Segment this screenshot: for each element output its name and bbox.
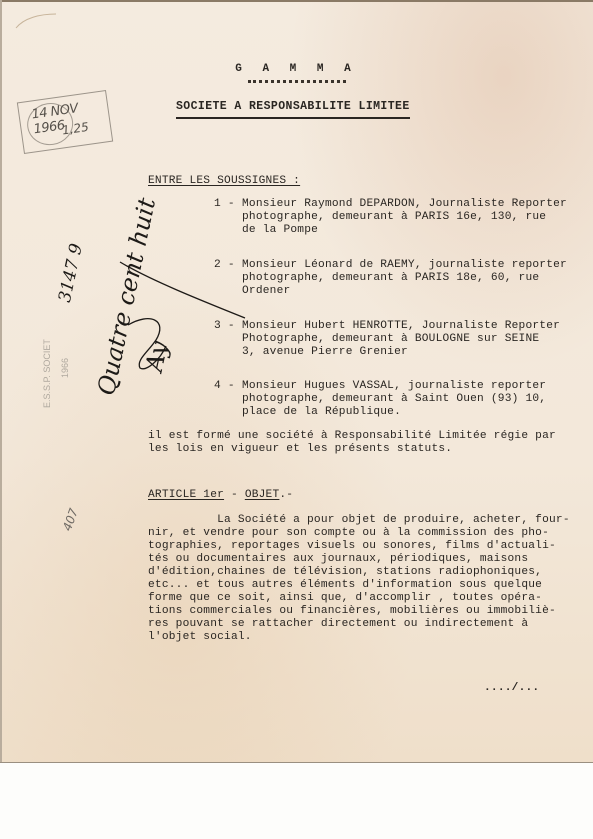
party-1-number: 1 - [214,198,235,211]
article-1-line-5: d'édition,chaines de télévision, station… [148,566,542,579]
article-1-line-9: res pouvant se rattacher directement ou … [148,618,528,631]
continuation-marker: ..../... [484,682,539,695]
handwritten-initials: Ay [140,339,174,374]
company-name: G A M M A [0,63,593,75]
article-1-title: OBJET [245,489,280,501]
party-1-line-1: Monsieur Raymond DEPARDON, Journaliste R… [242,198,567,211]
faded-stamp-text: E.S.S.P. SOCIET [42,339,52,408]
stamp-amount: 1,25 [61,120,89,138]
article-1-line-1: La Société a pour objet de produire, ach… [148,514,570,527]
article-1-line-2: nir, et vendre pour son compte ou à la c… [148,527,549,540]
party-1-line-2: photographe, demeurant à PARIS 16e, 130,… [242,211,546,224]
party-3-line-1: Monsieur Hubert HENROTTE, Journaliste Re… [242,320,560,333]
party-2-line-1: Monsieur Léonard de RAEMY, journaliste r… [242,259,567,272]
article-1-line-7: forme que ce soit, ainsi que, d'accompli… [148,592,542,605]
article-1-line-4: tés ou documentaires aux journaux, pério… [148,553,528,566]
party-4-number: 4 - [214,380,235,393]
article-1-line-8: tions commerciales ou financières, mobil… [148,605,556,618]
article-1-label: ARTICLE 1er [148,489,224,501]
faded-stamp-year: 1966 [60,358,70,378]
parties-heading: ENTRE LES SOUSSIGNES : [148,175,300,188]
party-4-line-3: place de la République. [242,406,401,419]
document-page: 14 NOV 1966 1,25 E.S.S.P. SOCIET 1966 31… [0,0,593,763]
title-underline [248,80,346,83]
party-2-line-3: Ordener [242,285,290,298]
party-3-line-3: 3, avenue Pierre Grenier [242,346,408,359]
party-4-line-1: Monsieur Hugues VASSAL, journaliste repo… [242,380,546,393]
formation-line-2: les lois en vigueur et les présents stat… [148,443,452,456]
registration-stamp: 14 NOV 1966 1,25 [17,90,113,154]
pencil-number: 407 [60,506,81,532]
party-3-line-2: Photographe, demeurant à BOULOGNE sur SE… [242,333,539,346]
party-2-line-2: photographe, demeurant à PARIS 18e, 60, … [242,272,539,285]
party-3-number: 3 - [214,320,235,333]
subtitle-underline [176,117,410,119]
party-2-number: 2 - [214,259,235,272]
article-1-line-3: tographies, reportages visuels ou sonore… [148,540,556,553]
article-1-heading: ARTICLE 1er - OBJET.- [148,489,293,502]
party-4-line-2: photographe, demeurant à Saint Ouen (93)… [242,393,546,406]
article-1-line-6: etc... et tous autres éléments d'informa… [148,579,542,592]
article-1-suffix: .- [279,489,293,501]
parties-heading-text: ENTRE LES SOUSSIGNES : [148,175,300,187]
company-type: SOCIETE A RESPONSABILITE LIMITEE [176,100,410,113]
party-1-line-3: de la Pompe [242,224,318,237]
article-1-line-10: l'objet social. [148,631,252,644]
article-1-sep: - [224,489,245,501]
formation-line-1: il est formé une société à Responsabilit… [148,430,556,443]
